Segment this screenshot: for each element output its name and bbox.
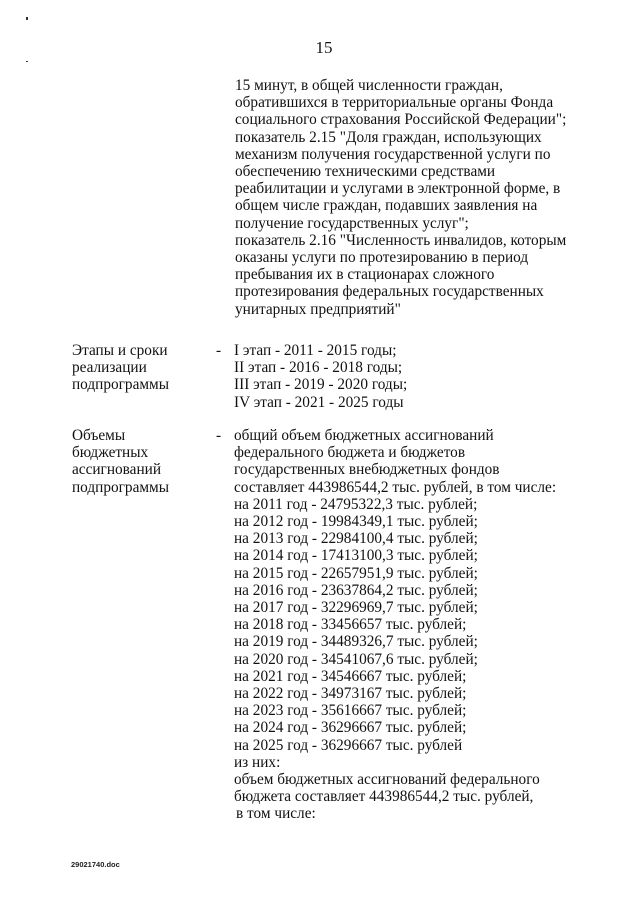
text-line: 15 минут, в общей численности граждан, bbox=[235, 77, 595, 94]
text-line: оказаны услуги по протезированию в перио… bbox=[235, 249, 595, 266]
budget-year-line: на 2015 год - 22657951,9 тыс. рублей; bbox=[234, 565, 594, 582]
text-line: реабилитации и услугами в электронной фо… bbox=[235, 180, 595, 197]
text-line: обеспечению техническими средствами bbox=[235, 163, 595, 180]
text-line: социального страхования Российской Федер… bbox=[235, 111, 595, 128]
budget-outro-line: объем бюджетных ассигнований федеральног… bbox=[234, 771, 594, 788]
budget-label: Объемы бюджетных ассигнований подпрограм… bbox=[72, 427, 202, 496]
text-line: унитарных предприятий" bbox=[235, 301, 595, 318]
budget-intro-line: государственных внебюджетных фондов bbox=[234, 461, 594, 478]
dash-separator: - bbox=[216, 342, 221, 359]
budget-year-line: на 2020 год - 34541067,6 тыс. рублей; bbox=[234, 651, 594, 668]
scan-speck bbox=[26, 61, 28, 62]
text-line: показатель 2.16 "Численность инвалидов, … bbox=[235, 232, 595, 249]
stages-label: Этапы и сроки реализации подпрограммы bbox=[72, 342, 202, 394]
budget-year-line: на 2018 год - 33456657 тыс. рублей; bbox=[234, 616, 594, 633]
budget-year-line: на 2024 год - 36296667 тыс. рублей; bbox=[234, 719, 594, 736]
budget-year-line: на 2014 год - 17413100,3 тыс. рублей; bbox=[234, 547, 594, 564]
stages-list: I этап - 2011 - 2015 годы; II этап - 201… bbox=[234, 342, 594, 411]
budget-year-line: на 2012 год - 19984349,1 тыс. рублей; bbox=[234, 513, 594, 530]
budget-year-line: на 2016 год - 23637864,2 тыс. рублей; bbox=[234, 582, 594, 599]
page-number: 15 bbox=[0, 38, 640, 58]
text-line: получение государственных услуг"; bbox=[235, 215, 595, 232]
budget-outro-line: бюджета составляет 443986544,2 тыс. рубл… bbox=[234, 788, 594, 805]
text-line: обратившихся в территориальные органы Фо… bbox=[235, 94, 595, 111]
budget-year-line: на 2011 год - 24795322,3 тыс. рублей; bbox=[234, 496, 594, 513]
budget-intro-line: общий объем бюджетных ассигнований bbox=[234, 427, 594, 444]
stage-item: I этап - 2011 - 2015 годы; bbox=[234, 342, 594, 359]
budget-year-line: на 2025 год - 36296667 тыс. рублей bbox=[234, 737, 594, 754]
budget-year-line: на 2019 год - 34489326,7 тыс. рублей; bbox=[234, 633, 594, 650]
stage-item: II этап - 2016 - 2018 годы; bbox=[234, 359, 594, 376]
dash-separator: - bbox=[216, 427, 221, 444]
indicator-continuation: 15 минут, в общей численности граждан, о… bbox=[235, 77, 595, 318]
budget-year-line: на 2013 год - 22984100,4 тыс. рублей; bbox=[234, 530, 594, 547]
budget-year-line: на 2017 год - 32296969,7 тыс. рублей; bbox=[234, 599, 594, 616]
stage-item: III этап - 2019 - 2020 годы; bbox=[234, 376, 594, 393]
text-line: показатель 2.15 "Доля граждан, использую… bbox=[235, 129, 595, 146]
budget-year-line: на 2023 год - 35616667 тыс. рублей; bbox=[234, 702, 594, 719]
text-line: механизм получения государственной услуг… bbox=[235, 146, 595, 163]
budget-details: общий объем бюджетных ассигнований федер… bbox=[234, 427, 594, 823]
text-line: пребывания их в стационарах сложного bbox=[235, 266, 595, 283]
budget-outro-line: в том числе: bbox=[234, 805, 594, 822]
text-line: общем числе граждан, подавших заявления … bbox=[235, 197, 595, 214]
budget-year-line: на 2021 год - 34546667 тыс. рублей; bbox=[234, 668, 594, 685]
budget-year-line: на 2022 год - 34973167 тыс. рублей; bbox=[234, 685, 594, 702]
budget-outro-line: из них: bbox=[234, 754, 594, 771]
budget-intro-line: федерального бюджета и бюджетов bbox=[234, 444, 594, 461]
text-line: протезирования федеральных государственн… bbox=[235, 283, 595, 300]
stage-item: IV этап - 2021 - 2025 годы bbox=[234, 394, 594, 411]
document-file-code: 29021740.doc bbox=[71, 860, 120, 869]
scan-speck bbox=[26, 17, 28, 20]
budget-intro-line: составляет 443986544,2 тыс. рублей, в то… bbox=[234, 479, 594, 496]
